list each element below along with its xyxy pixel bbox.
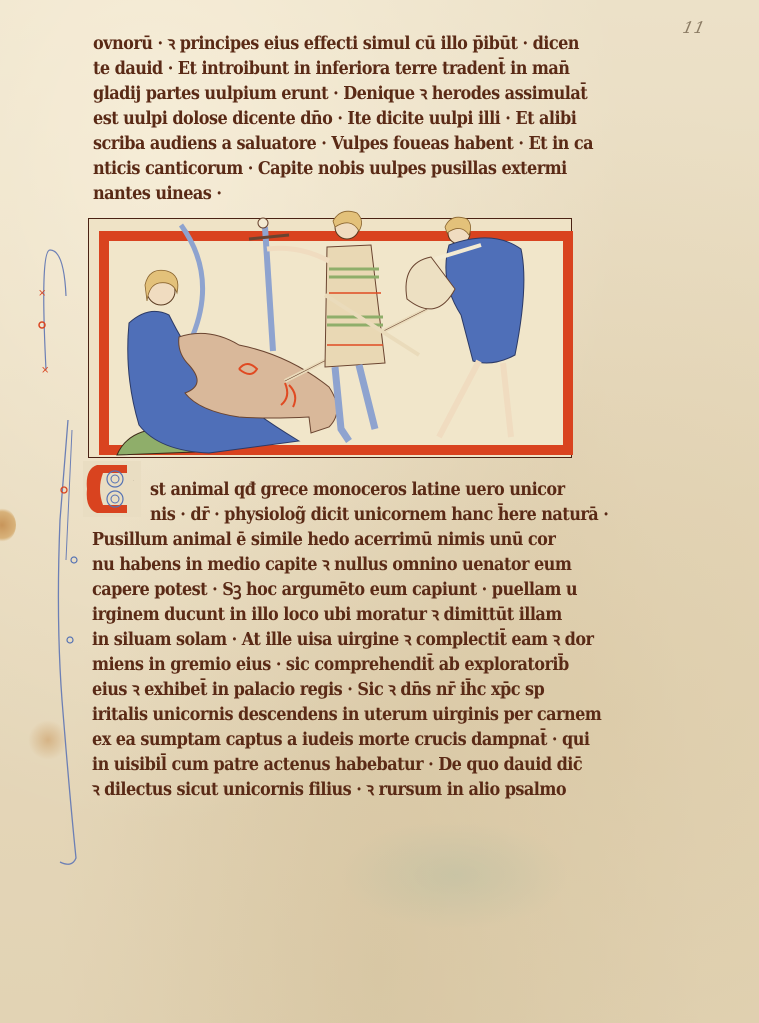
text-line: te dauid · Et introibunt in inferiora te… [93, 57, 535, 82]
svg-text:×: × [38, 288, 46, 299]
text-line: est uulpi dolose dicente dn̄o · Ite dici… [93, 107, 535, 132]
text-line: st animal qđ grece monoceros latine uero… [150, 478, 536, 503]
unicorn-miniature [88, 218, 572, 458]
text-line: gladij partes uulpium erunt · Denique ꝛ … [93, 82, 535, 107]
text-line: in siluam solam · At ille uisa uirgine ꝛ… [92, 628, 532, 653]
bottom-text-block: st animal qđ grece monoceros latine uero… [150, 478, 570, 803]
text-line: in uisibil̄ cum patre actenus habebatur … [92, 753, 532, 778]
text-line: ovnorū · ꝛ principes eius effecti simul … [93, 32, 535, 57]
show-through-ghost [340, 820, 570, 930]
text-line: scriba audiens a saluatore · Vulpes foue… [93, 132, 535, 157]
text-line: capere potest · Sꝫ hoc argumēto eum capi… [92, 578, 532, 603]
svg-text:×: × [41, 365, 49, 376]
folio-number: 11 [681, 18, 707, 37]
manuscript-page: 11 ovnorū · ꝛ principes eius effecti sim… [0, 0, 759, 1023]
text-line: Pusillum animal ē simile hedo acerrimū n… [92, 528, 532, 553]
text-line: eius ꝛ exhibet̄ in palacio regis · Sic ꝛ… [92, 678, 532, 703]
text-line: ꝛ dilectus sicut unicornis filius · ꝛ ru… [92, 778, 532, 803]
text-line: irginem ducunt in illo loco ubi moratur … [92, 603, 532, 628]
text-line: nantes uineas · [93, 182, 535, 207]
text-line: miens in gremio eius · sic comprehendit̄… [92, 653, 532, 678]
text-line: nu habens in medio capite ꝛ nullus omnin… [92, 553, 532, 578]
text-line: iritalis unicornis descendens in uterum … [92, 703, 532, 728]
text-line: ex ea sumptam captus a iudeis morte cruc… [92, 728, 532, 753]
top-text-block: ovnorū · ꝛ principes eius effecti simul … [93, 32, 573, 207]
text-line: nis · dr̄ · physiolog̃ dicit unicornem h… [150, 503, 536, 528]
miniature-scene-illustration [89, 205, 571, 465]
text-line: nticis canticorum · Capite nobis uulpes … [93, 157, 535, 182]
